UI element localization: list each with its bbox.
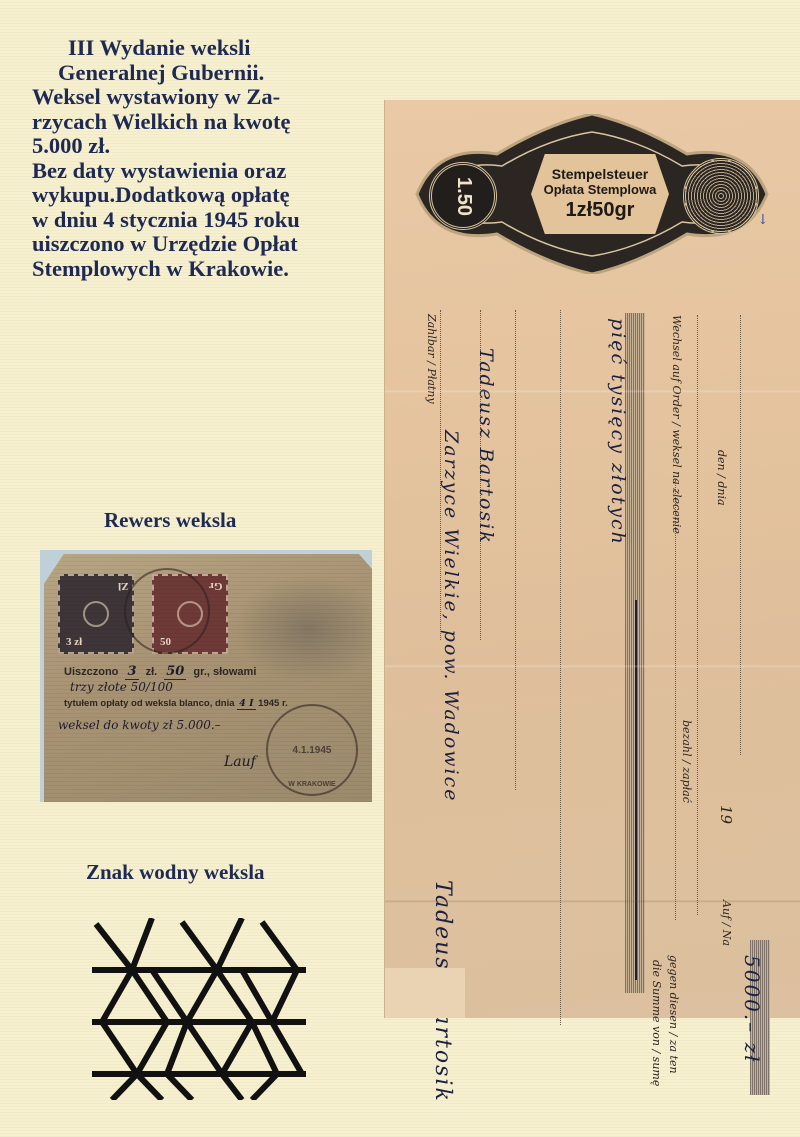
receipt-hand: 50 [164, 664, 186, 680]
description-line: Generalnej Gubernii. [32, 61, 372, 86]
description-line: 5.000 zł. [32, 134, 372, 159]
receipt-hand: 3 [125, 664, 138, 680]
duty-label-german: Stempelsteuer [531, 166, 669, 182]
label-year: 19 [720, 805, 732, 824]
receipt-line-3: tytułem opłaty od weksla blanco, dnia 4 … [64, 698, 288, 709]
stamp-top-value: Gr [209, 580, 222, 592]
label-amount: Auf / Na [720, 900, 732, 946]
label-payable: Zahlbar / Płatny [425, 314, 437, 404]
handwritten-place: Zarzyce Wielkie, pow. Wadowice [440, 430, 462, 803]
handwritten-drawee: Tadeusz Bartosik [475, 348, 497, 545]
krakow-postmark: 4.1.1945 W KRAKOWIE [266, 704, 358, 796]
label-sum: die Summe von / sumę [650, 960, 662, 1086]
receipt-line-1: Uiszczono 3 zł. 50 gr., słowami [64, 664, 256, 679]
receipt-signature: Lauf [224, 754, 256, 770]
dotted-line [740, 315, 741, 755]
eagle-emblem-icon [177, 601, 203, 627]
receipt-print: 1945 r. [258, 698, 288, 709]
woven-pattern-icon [92, 918, 306, 1100]
receipt-print: zł. [146, 666, 158, 678]
eagle-emblem-icon [83, 601, 109, 627]
label-pay: bezahl / zapłać [680, 720, 692, 803]
label-order: Wechsel auf Order / weksel na zlecenie [670, 315, 682, 534]
handwritten-amount-words: pięć tysięcy złotych [607, 318, 629, 546]
dotted-line [515, 310, 516, 790]
dotted-line [675, 480, 676, 920]
dotted-line [697, 315, 698, 915]
description-line: rzycach Wielkich na kwotę [32, 110, 372, 135]
description-line: wykupu.Dodatkową opłatę [32, 183, 372, 208]
postmark-date: 4.1.1945 [293, 745, 332, 756]
reverse-paper: Zl 3 zł Gr 50 Uiszczono 3 zł. 50 gr., sł… [44, 554, 372, 802]
receipt-line-4: weksel do kwoty zł 5.000.– [58, 718, 221, 732]
description-line: Weksel wystawiony w Za- [32, 85, 372, 110]
torn-corner [385, 968, 465, 1018]
description-line: Bez daty wystawienia oraz [32, 159, 372, 184]
reverse-photo: Zl 3 zł Gr 50 Uiszczono 3 zł. 50 gr., sł… [40, 550, 372, 802]
reverse-title: Rewers weksla [104, 508, 236, 533]
stamp-duty-emblem: 1.50 Stempelsteuer Opłata Stemplowa 1zł5… [407, 114, 777, 274]
postmark-circle [124, 568, 210, 654]
revenue-stamp-50gr: Gr 50 [152, 574, 228, 654]
label-date: den / dnia [715, 450, 727, 506]
dotted-line [560, 310, 561, 1025]
bill-of-exchange: 1.50 Stempelsteuer Opłata Stemplowa 1zł5… [385, 100, 800, 1018]
description-line: w dniu 4 stycznia 1945 roku [32, 208, 372, 233]
receipt-print: tytułem opłaty od weksla blanco, dnia [64, 698, 235, 709]
postmark-city: W KRAKOWIE [268, 781, 356, 788]
description-text: III Wydanie weksli Generalnej Gubernii. … [32, 36, 372, 281]
description-line: III Wydanie weksli [32, 36, 372, 61]
watermark-pattern [92, 918, 306, 1100]
receipt-line-2: trzy złote 50/100 [70, 680, 173, 694]
receipt-print: Uiszczono [64, 666, 118, 678]
cancel-line [635, 600, 637, 980]
duty-label: Stempelsteuer Opłata Stemplowa 1zł50gr [531, 154, 669, 234]
stamp-value: 3 zł [66, 636, 82, 648]
blue-ink-mark: ↓ [757, 212, 769, 228]
duty-amount: 1zł50gr [531, 199, 669, 222]
stamp-value: 50 [160, 636, 171, 648]
generalgouvernement-seal-icon [683, 158, 759, 234]
description-line: uiszczono w Urzędzie Opłat [32, 232, 372, 257]
receipt-hand: 4 I [237, 698, 255, 710]
revenue-stamp-3zl: Zl 3 zł [58, 574, 134, 654]
receipt-print: gr., słowami [193, 666, 256, 678]
medallion-value: 1.50 [452, 177, 475, 216]
label-against: gegen diesen / za ten [667, 955, 679, 1074]
value-medallion: 1.50 [429, 162, 497, 230]
stamp-top-value: Zl [118, 580, 128, 592]
duty-label-polish: Opłata Stemplowa [531, 182, 669, 197]
watermark-title: Znak wodny weksla [86, 860, 265, 885]
stain [234, 574, 372, 684]
handwritten-amount-figure: 5000.– zł [740, 955, 764, 1064]
description-line: Stemplowych w Krakowie. [32, 257, 372, 282]
